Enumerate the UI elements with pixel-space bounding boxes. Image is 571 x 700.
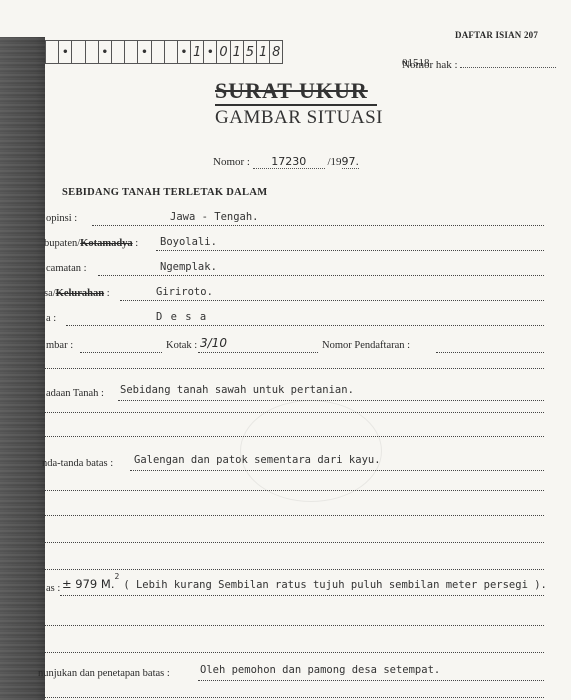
status-label: a :: [46, 313, 56, 324]
luas-text: ( Lebih kurang Sembilan ratus tujuh pulu…: [123, 579, 547, 591]
reference-box: [72, 41, 85, 63]
kotak-label: Kotak :: [166, 340, 197, 351]
page-title: GAMBAR SITUASI: [215, 107, 383, 129]
title-struck: SURAT UKUR: [215, 78, 368, 104]
reference-box: •: [178, 41, 191, 63]
reference-box: •: [204, 41, 217, 63]
desa-line: [120, 300, 544, 301]
reference-box: 0: [217, 41, 230, 63]
kotak-value: 3/10: [200, 336, 227, 350]
kabupaten-label-b: :: [133, 238, 139, 249]
year-prefix: /19: [327, 156, 341, 168]
reference-box: [125, 41, 138, 63]
title-divider: [215, 104, 377, 106]
kabupaten-line: [156, 250, 544, 251]
reference-box: 8: [270, 41, 283, 63]
field-kabupaten: bupaten/Kotamadya : Boyolali.: [38, 235, 544, 251]
reference-box: [112, 41, 125, 63]
field-kecamatan: camatan : Ngemplak.: [38, 260, 544, 276]
reference-box: [86, 41, 99, 63]
nomor-value: 17230: [271, 155, 306, 168]
luas-superscript: 2: [114, 572, 119, 581]
keadaan-tanah-label: adaan Tanah :: [46, 388, 104, 399]
reference-box: 5: [244, 41, 257, 63]
tanda-batas-label: nda-tanda batas :: [42, 458, 113, 469]
nomor-label: Nomor :: [213, 156, 250, 168]
section-title: SEBIDANG TANAH TERLETAK DALAM: [62, 187, 267, 198]
kelurahan-struck: Kelurahan: [56, 288, 104, 299]
luas-line: [60, 595, 544, 596]
field-keadaan-tanah: adaan Tanah : Sebidang tanah sawah untuk…: [38, 385, 544, 401]
luas-label: as :: [46, 583, 60, 594]
dotted-line: [45, 652, 544, 653]
form-code: DAFTAR ISIAN 207: [455, 30, 538, 40]
desa-label: sa/Kelurahan :: [44, 288, 110, 299]
field-propinsi: opinsi : Jawa - Tengah.: [38, 210, 544, 226]
dotted-line: [45, 515, 544, 516]
scan-shadow: [0, 37, 45, 700]
nomor-hak-dots: [460, 57, 556, 68]
dotted-line: [45, 368, 544, 369]
dotted-line: [45, 697, 544, 698]
kabupaten-value: Boyolali.: [160, 236, 217, 248]
document-number: Nomor : 17230 /1997.: [213, 155, 359, 169]
kabupaten-label: bupaten/Kotamadya :: [44, 238, 138, 249]
nomor-pendaftaran-line: [436, 352, 544, 353]
kecamatan-label: camatan :: [46, 263, 87, 274]
status-line: [66, 325, 544, 326]
dotted-line: [45, 625, 544, 626]
field-status: a : D e s a: [38, 310, 544, 326]
propinsi-value: Jawa - Tengah.: [170, 211, 259, 223]
reference-box: [46, 41, 59, 63]
field-luas: as : ± 979 M.2 ( Lebih kurang Sembilan r…: [38, 580, 544, 596]
penunjukan-line: [198, 680, 544, 681]
reference-number-boxes: ••••1•01518: [45, 40, 283, 64]
propinsi-label: opinsi :: [46, 213, 77, 224]
reference-box: [165, 41, 178, 63]
field-penunjukan: nunjukan dan penetapan batas : Oleh pemo…: [38, 665, 544, 681]
kabupaten-label-a: bupaten/: [44, 238, 80, 249]
keadaan-tanah-line: [118, 400, 544, 401]
luas-number: ± 979 M.: [62, 577, 114, 591]
lembar-line: [80, 352, 162, 353]
penunjukan-label: nunjukan dan penetapan batas :: [38, 668, 170, 679]
reference-box: •: [59, 41, 72, 63]
status-value: D e s a: [156, 311, 207, 323]
penunjukan-value: Oleh pemohon dan pamong desa setempat.: [200, 664, 440, 676]
desa-label-a: sa/: [44, 288, 56, 299]
nomor-value-slot: 17230: [253, 155, 325, 169]
lembar-label: mbar :: [46, 340, 73, 351]
reference-box: [152, 41, 165, 63]
kotak-line: [198, 352, 318, 353]
faint-stamp: [240, 400, 382, 502]
desa-value: Giriroto.: [156, 286, 213, 298]
field-lembar-kotak: mbar : Kotak : 3/10 Nomor Pendaftaran :: [38, 337, 544, 353]
reference-box: 1: [257, 41, 270, 63]
reference-box: •: [99, 41, 112, 63]
nomor-pendaftaran-label: Nomor Pendaftaran :: [322, 340, 410, 351]
reference-box: 1: [191, 41, 204, 63]
desa-label-b: :: [104, 288, 110, 299]
keadaan-tanah-value: Sebidang tanah sawah untuk pertanian.: [120, 384, 354, 396]
propinsi-line: [92, 225, 544, 226]
reference-box: •: [138, 41, 151, 63]
dotted-line: [45, 569, 544, 570]
dotted-line: [45, 542, 544, 543]
kecamatan-value: Ngemplak.: [160, 261, 217, 273]
kotamadya-struck: Kotamadya: [80, 238, 133, 249]
field-desa: sa/Kelurahan : Giriroto.: [38, 285, 544, 301]
year-value: 97.: [342, 155, 360, 169]
luas-value: ± 979 M.2 ( Lebih kurang Sembilan ratus …: [62, 572, 547, 593]
kecamatan-line: [98, 275, 544, 276]
nomor-hak-value: 01518: [402, 57, 430, 69]
reference-box: 1: [231, 41, 244, 63]
